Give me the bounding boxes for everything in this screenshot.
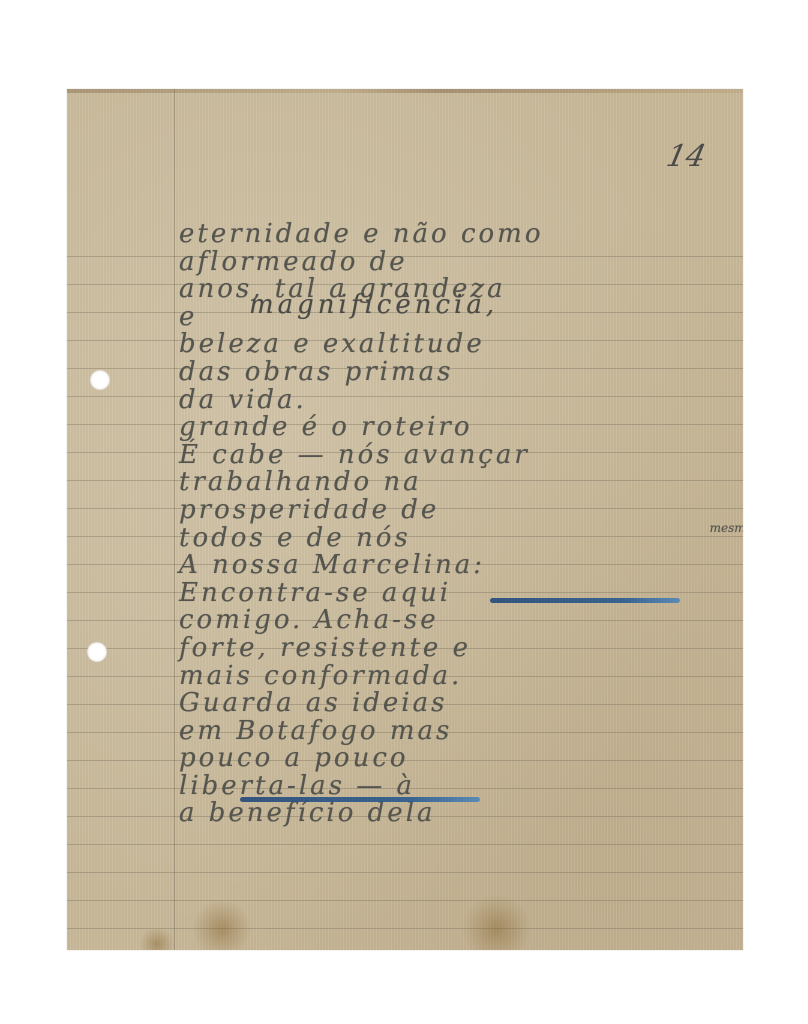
text-line: em Botafogo mas [179, 718, 739, 746]
punch-hole-top [90, 370, 110, 390]
text-line: prosperidade de [179, 497, 739, 525]
text-line: Encontra-se aqui [179, 580, 739, 608]
text-line: grande é o roteiro [179, 414, 739, 442]
text-line: pouco a pouco [179, 745, 739, 773]
text-line: a benefício dela [179, 800, 739, 828]
text-line: A nossa Marcelina: [179, 552, 739, 580]
text-fragment: e [179, 302, 197, 332]
stain-spot [192, 899, 252, 950]
text-line: das obras primas [179, 359, 739, 387]
text-line: É cabe — nós avançar [179, 442, 739, 470]
text-line: beleza e exaltitude [179, 331, 739, 359]
text-line: trabalhando na [179, 469, 739, 497]
scan-background: 14 eternidade e não como aflormeado de a… [0, 0, 808, 1024]
manuscript-page: 14 eternidade e não como aflormeado de a… [67, 89, 743, 950]
blue-underline-marcelina [490, 598, 680, 603]
margin-line [174, 89, 175, 950]
text-line: comigo. Acha-se [179, 607, 739, 635]
text-line: forte, resistente e [179, 635, 739, 663]
text-line-with-superscript: todos e de nós mesmos [179, 525, 739, 553]
page-number: 14 [663, 139, 709, 174]
text-line: eternidade e não como [179, 221, 739, 249]
superscript-insertion: mesmos [710, 515, 743, 543]
blue-underline-botafogo [240, 797, 480, 802]
text-line: aflormeado de [179, 249, 739, 277]
handwritten-text: eternidade e não como aflormeado de anos… [179, 221, 739, 828]
text-line-overwritten: e magnificência, [179, 304, 739, 332]
page-top-edge-wear [67, 89, 743, 93]
text-line: mais conformada. [179, 663, 739, 691]
text-line: Guarda as ideias [179, 690, 739, 718]
text-fragment: todos e de nós [179, 523, 411, 553]
stain-spot [137, 929, 177, 950]
text-line: da vida. [179, 387, 739, 415]
overwritten-word: magnificência, [249, 292, 498, 320]
punch-hole-bottom [87, 642, 107, 662]
